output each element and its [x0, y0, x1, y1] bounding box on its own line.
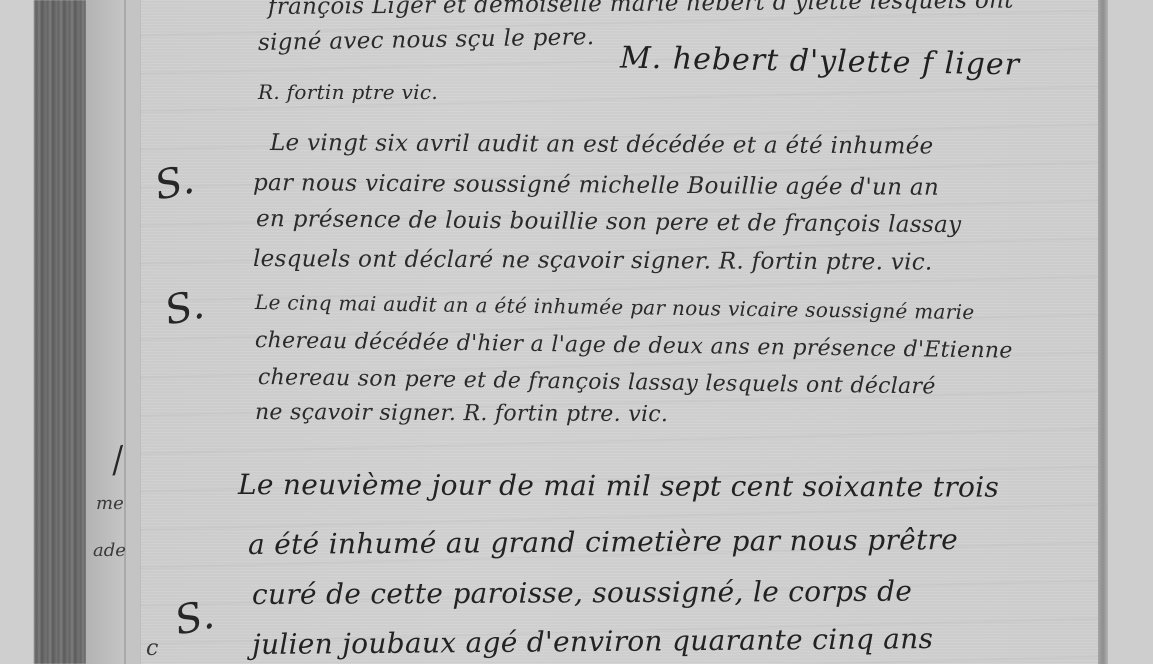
book-spine [34, 0, 86, 664]
spine-shadow [86, 0, 126, 664]
torn-page-edge [124, 0, 141, 664]
scanned-register-page: S. S. / me ade S. c françois Liger et de… [0, 0, 1153, 664]
margin-note-s: S. [161, 281, 208, 334]
entry-line: Le vingt six avril audit an est décédée … [270, 130, 934, 159]
entry-line: Le neuvième jour de mai mil sept cent so… [238, 468, 999, 504]
margin-fragment: ade [93, 540, 126, 561]
entry-line: en présence de louis bouillie son pere e… [256, 206, 962, 238]
entry-line: signé avec nous sçu le pere. [258, 24, 598, 56]
officiant-signature: R. fortin ptre vic. [258, 80, 438, 104]
page-fold-line [1098, 0, 1108, 664]
entry-line: chereau décédée d'hier a l'age de deux a… [255, 328, 1013, 364]
next-page-edge [1108, 0, 1153, 664]
margin-note-s: S. [171, 591, 218, 644]
entry-line: lesquels ont déclaré ne sçavoir signer. … [253, 246, 933, 276]
entry-line: Le cinq mai audit an a été inhumée par n… [255, 290, 975, 324]
signature-witnesses: M. hebert d'ylette f liger [620, 41, 1021, 83]
entry-line: ne sçavoir signer. R. fortin ptre. vic. [255, 400, 668, 427]
entry-line: a été inhumé au grand cimetière par nous… [248, 523, 958, 561]
entry-line: par nous vicaire soussigné michelle Boui… [253, 170, 939, 201]
margin-fragment: c [146, 636, 158, 661]
entry-line: julien joubaux agé d'environ quarante ci… [252, 622, 933, 661]
entry-line: chereau son pere et de françois lassay l… [258, 365, 936, 399]
adjacent-page-edge [0, 0, 34, 664]
margin-note-s: S. [151, 156, 198, 209]
entry-line: curé de cette paroisse, soussigné, le co… [252, 575, 912, 611]
entry-line: françois Liger et demoiselle marie heber… [268, 0, 1014, 20]
margin-fragment: me [96, 493, 124, 514]
